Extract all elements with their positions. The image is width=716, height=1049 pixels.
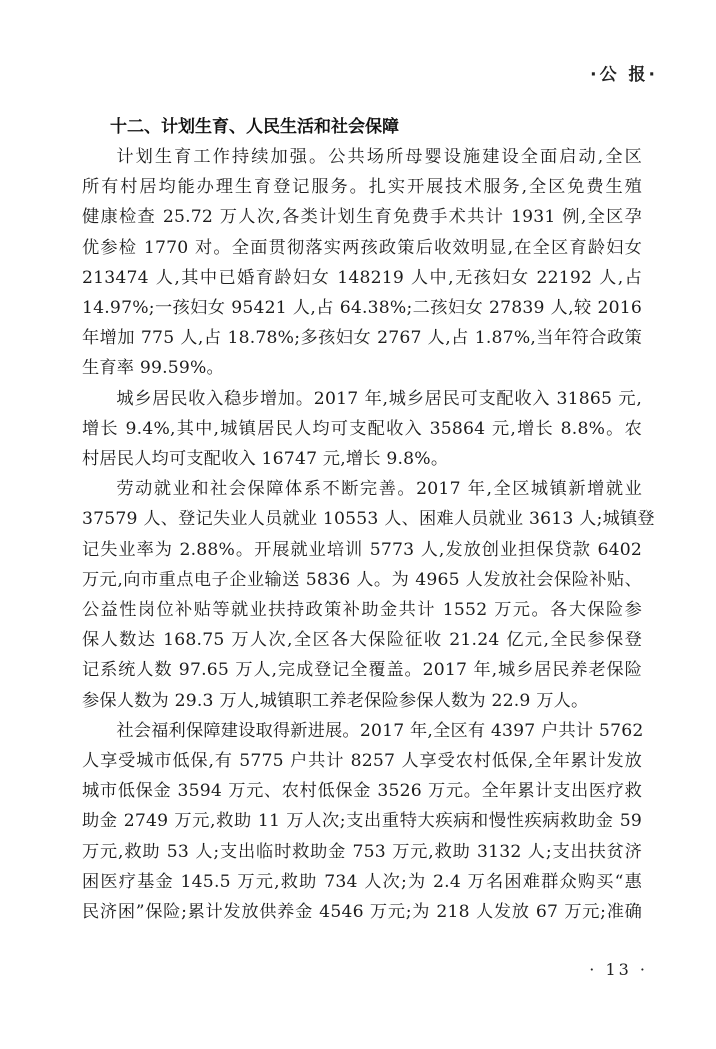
text-line: 村居民人均可支配收入 16747 元,增长 9.8%。 [82,444,642,474]
text-line: 年增加 775 人,占 18.78%;多孩妇女 2767 人,占 1.87%,当… [82,323,642,353]
text-line: 参保人数为 29.3 万人,城镇职工养老保险参保人数为 22.9 万人。 [82,686,642,716]
text-line: 计划生育工作持续加强。公共场所母婴设施建设全面启动,全区 [82,142,642,172]
text-line: 生育率 99.59%。 [82,353,642,383]
text-line: 记失业率为 2.88%。开展就业培训 5773 人,发放创业担保贷款 6402 [82,535,642,565]
paragraph-income: 城乡居民收入稳步增加。2017 年,城乡居民可支配收入 31865 元, 增长 … [82,384,642,475]
text-line: 37579 人、登记失业人员就业 10553 人、困难人员就业 3613 人;城… [82,504,642,534]
text-line: 保人数达 168.75 万人次,全区各大保险征收 21.24 亿元,全民参保登 [82,625,642,655]
text-line: 助金 2749 万元,救助 11 万人次;支出重特大疾病和慢性疾病救助金 59 [82,806,642,836]
text-line: 民济困”保险;累计发放供养金 4546 万元;为 218 人发放 67 万元;准… [82,897,642,927]
text-line: 社会福利保障建设取得新进展。2017 年,全区有 4397 户共计 5762 [82,716,642,746]
section-heading: 十二、计划生育、人民生活和社会保障 [110,112,642,142]
text-line: 城市低保金 3594 万元、农村低保金 3526 万元。全年累计支出医疗救 [82,776,642,806]
paragraph-social-welfare: 社会福利保障建设取得新进展。2017 年,全区有 4397 户共计 5762 人… [82,716,642,927]
text-line: 记系统人数 97.65 万人,完成登记全覆盖。2017 年,城乡居民养老保险 [82,655,642,685]
document-body: 十二、计划生育、人民生活和社会保障 计划生育工作持续加强。公共场所母婴设施建设全… [82,112,642,927]
text-line: 城乡居民收入稳步增加。2017 年,城乡居民可支配收入 31865 元, [82,384,642,414]
text-line: 万元,救助 53 人;支出临时救助金 753 万元,救助 3132 人;支出扶贫… [82,837,642,867]
text-line: 14.97%;一孩妇女 95421 人,占 64.38%;二孩妇女 27839 … [82,293,642,323]
text-line: 人享受城市低保,有 5775 户共计 8257 人享受农村低保,全年累计发放 [82,746,642,776]
text-line: 213474 人,其中已婚育龄妇女 148219 人中,无孩妇女 22192 人… [82,263,642,293]
text-line: 增长 9.4%,其中,城镇居民人均可支配收入 35864 元,增长 8.8%。农 [82,414,642,444]
page-number: · 13 · [589,960,648,979]
text-line: 公益性岗位补贴等就业扶持政策补助金共计 1552 万元。各大保险参 [82,595,642,625]
text-line: 万元,向市重点电子企业输送 5836 人。为 4965 人发放社会保险补贴、 [82,565,642,595]
text-line: 优参检 1770 对。全面贯彻落实两孩政策后收效明显,在全区育龄妇女 [82,233,642,263]
running-head: ·公 报· [590,60,658,85]
text-line: 所有村居均能办理生育登记服务。扎实开展技术服务,全区免费生殖 [82,172,642,202]
text-line: 健康检查 25.72 万人次,各类计划生育免费手术共计 1931 例,全区孕 [82,202,642,232]
paragraph-family-planning: 计划生育工作持续加强。公共场所母婴设施建设全面启动,全区 所有村居均能办理生育登… [82,142,642,384]
paragraph-employment: 劳动就业和社会保障体系不断完善。2017 年,全区城镇新增就业 37579 人、… [82,474,642,716]
text-line: 劳动就业和社会保障体系不断完善。2017 年,全区城镇新增就业 [82,474,642,504]
text-line: 困医疗基金 145.5 万元,救助 734 人次;为 2.4 万名困难群众购买“… [82,867,642,897]
